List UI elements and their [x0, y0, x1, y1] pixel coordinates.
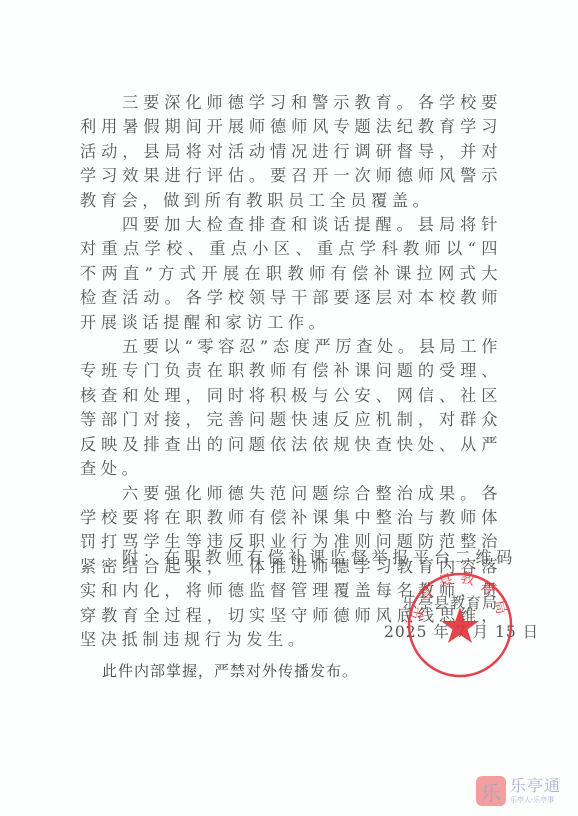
- watermark-title: 乐亭通: [510, 777, 561, 795]
- attachment-note: 附：在职教师有偿补课监督举报平台二维码: [122, 546, 517, 570]
- issue-date: 2025 年 7 月 15 日: [384, 620, 539, 642]
- watermark-subtitle: 乐亭人·乐亭事: [510, 795, 561, 805]
- issuer-name: 乐亭县教育局: [402, 592, 498, 613]
- paragraph-5: 五要以“零容忍”态度严厉查处。县局工作专班专门负责在职教师有偿补课问题的受理、核…: [80, 335, 502, 481]
- app-logo-icon: 乐: [476, 776, 506, 806]
- paragraph-3: 三要深化师德学习和警示教育。各学校要利用暑假期间开展师德师风专题法纪教育学习活动…: [80, 91, 502, 213]
- watermark-logo: 乐 乐亭通 乐亭人·乐亭事: [476, 776, 561, 806]
- paragraph-4: 四要加大检查排查和谈话提醒。县局将针对重点学校、重点小区、重点学科教师以“四不两…: [80, 213, 502, 335]
- confidential-notice: 此件内部掌握，严禁对外传播发布。: [102, 660, 358, 681]
